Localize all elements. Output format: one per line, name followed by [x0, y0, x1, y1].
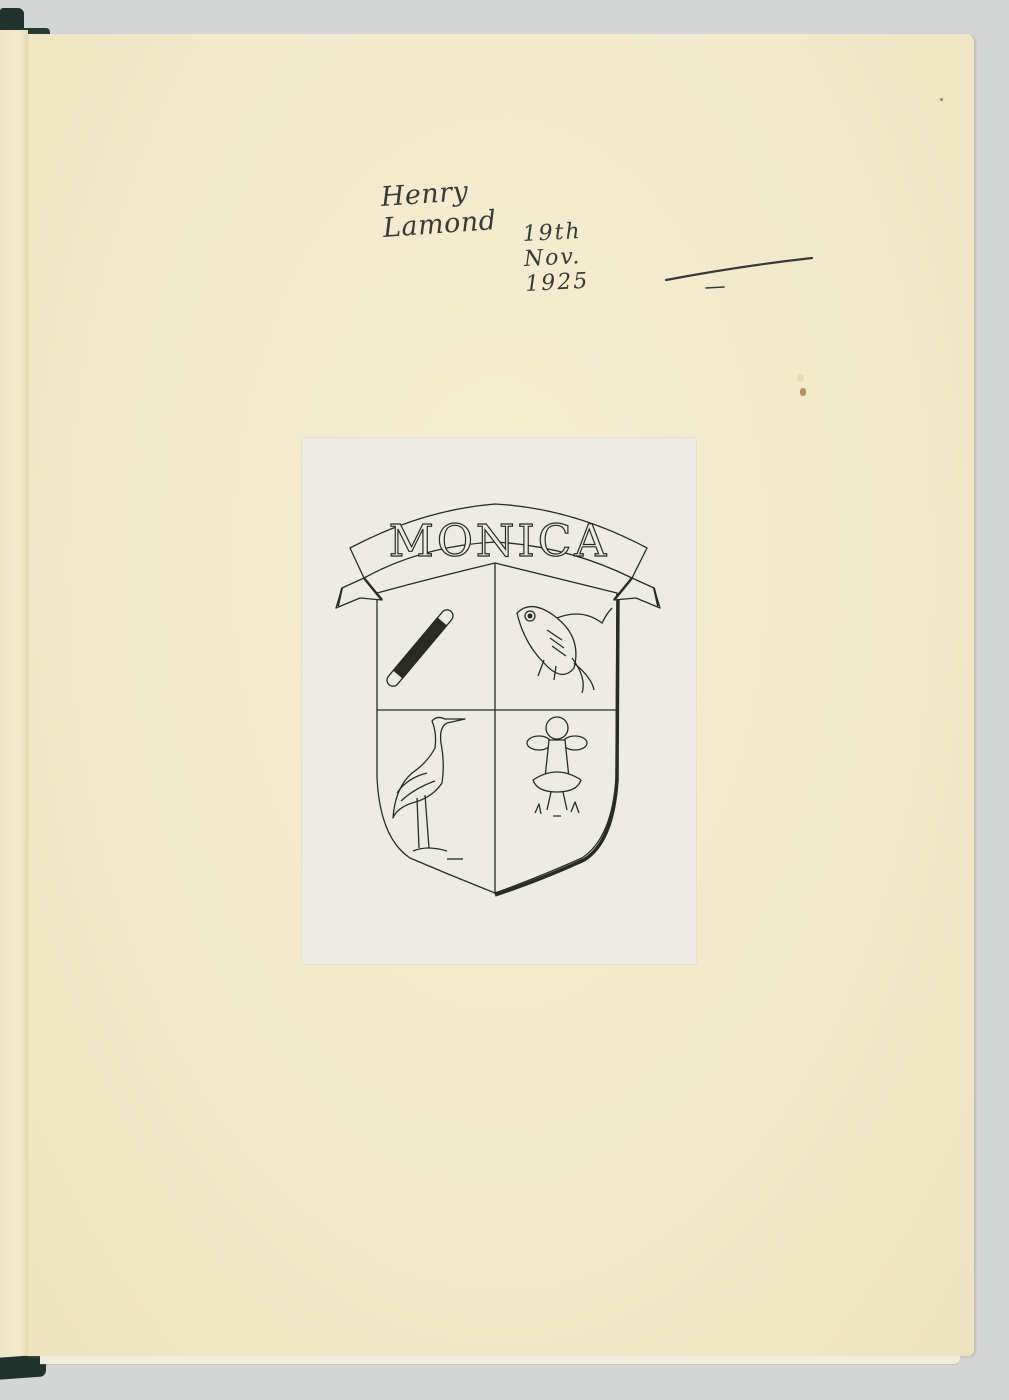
- crane-icon: [393, 717, 465, 859]
- fairy-icon: [527, 717, 587, 816]
- inscription-underline: [660, 250, 820, 290]
- bookplate: MONICA: [302, 438, 696, 964]
- left-endpaper: [0, 30, 28, 1360]
- fish-icon: [517, 607, 612, 693]
- foxing-mark: [797, 374, 804, 382]
- page-hinge: [26, 34, 30, 1356]
- inscription-date: 19th Nov. 1925: [522, 219, 590, 297]
- shield-outline: [377, 563, 617, 893]
- banner-text: MONICA: [389, 516, 609, 567]
- inscription-name: Henry Lamond: [380, 174, 498, 244]
- wand-icon: [385, 607, 456, 688]
- page-speck: [940, 98, 943, 101]
- foxing-stain: [800, 388, 806, 396]
- coat-of-arms: MONICA: [302, 438, 696, 964]
- page-block-edge: [40, 1356, 960, 1364]
